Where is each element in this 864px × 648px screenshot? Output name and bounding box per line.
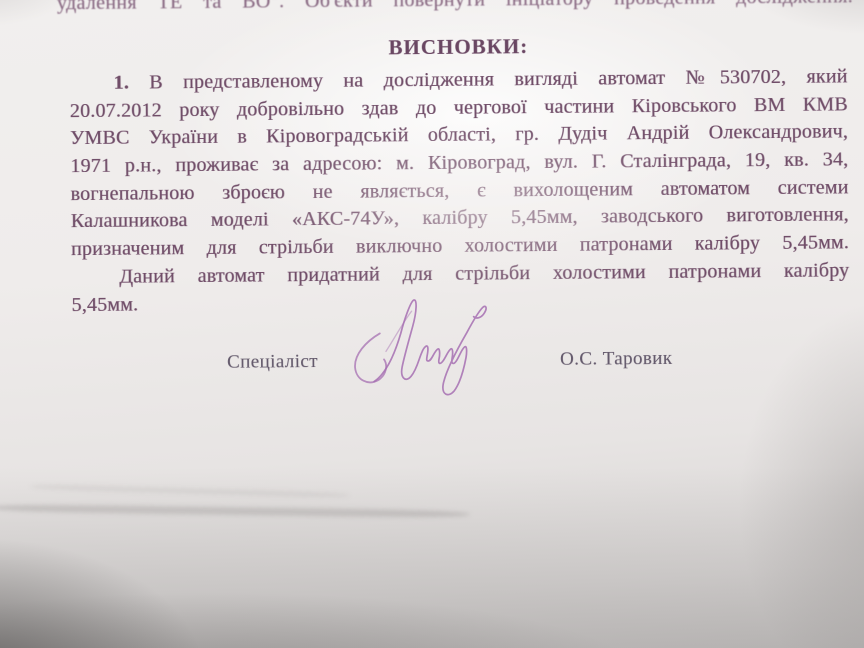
document-content: удалення ТЕ та ВО". Об'єкти повернути ін…: [0, 0, 864, 648]
document-photo: удалення ТЕ та ВО". Об'єкти повернути ін…: [0, 0, 864, 648]
item-number: 1.: [114, 72, 130, 94]
specialist-role-label: Спеціаліст: [227, 351, 318, 374]
cropped-top-line: удалення ТЕ та ВО". Об'єкти повернути ін…: [57, 0, 853, 14]
specialist-name: О.С. Таровик: [560, 348, 673, 371]
conclusion-paragraph: 1. В представленому на дослідження вигля…: [69, 63, 849, 319]
handwritten-signature-icon: [323, 290, 504, 407]
conclusions-heading: ВИСНОВКИ:: [69, 31, 847, 63]
